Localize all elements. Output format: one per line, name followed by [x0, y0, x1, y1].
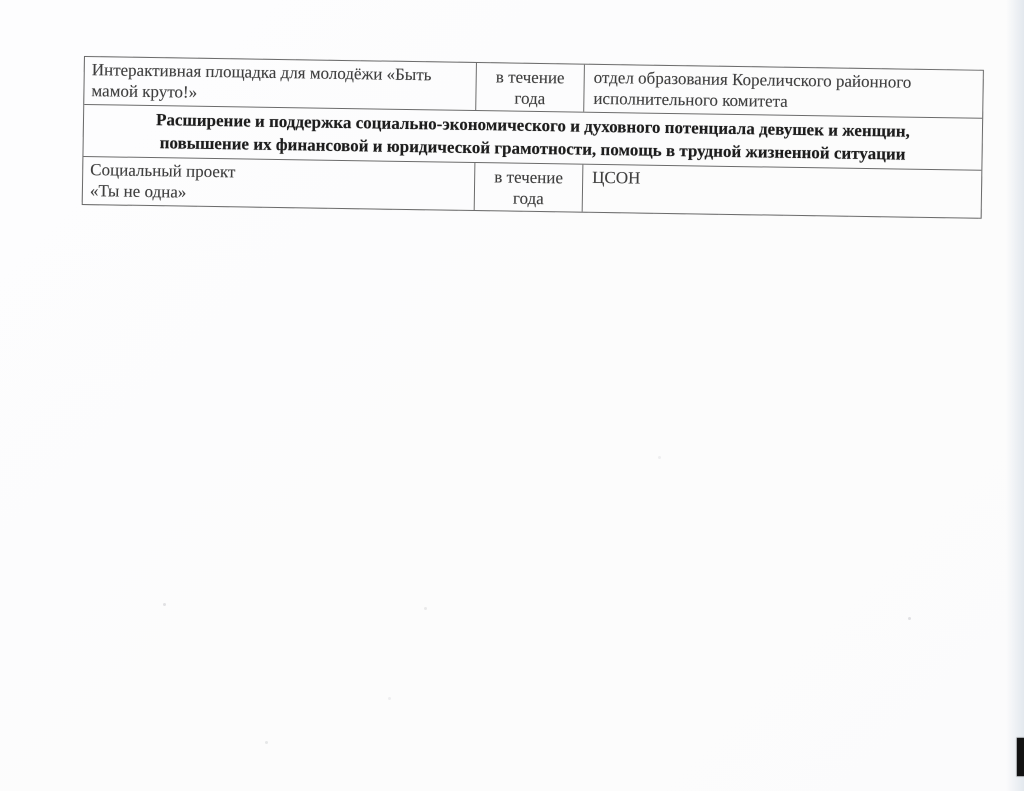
activity-cell: Социальный проект «Ты не одна»	[83, 157, 475, 210]
period-cell: в течение года	[475, 63, 585, 112]
scan-speckle	[388, 697, 391, 700]
scan-speckle	[908, 617, 911, 620]
scanner-black-mark	[1017, 738, 1024, 776]
scan-speckle	[163, 603, 166, 606]
responsible-cell: ЦСОН	[583, 165, 982, 218]
plan-table-grid: Интерактивная площадка для молодёжи «Быт…	[82, 56, 984, 219]
scan-speckle	[658, 456, 661, 459]
scan-speckle	[265, 741, 268, 744]
page-edge-shadow	[1006, 0, 1024, 791]
activity-cell: Интерактивная площадка для молодёжи «Быт…	[84, 57, 476, 110]
responsible-cell: отдел образования Кореличского районного…	[584, 65, 983, 118]
period-cell: в течение года	[474, 163, 584, 212]
scanned-page: Интерактивная площадка для молодёжи «Быт…	[0, 0, 1024, 791]
scan-speckle	[424, 607, 427, 610]
plan-table: Интерактивная площадка для молодёжи «Быт…	[82, 56, 982, 219]
